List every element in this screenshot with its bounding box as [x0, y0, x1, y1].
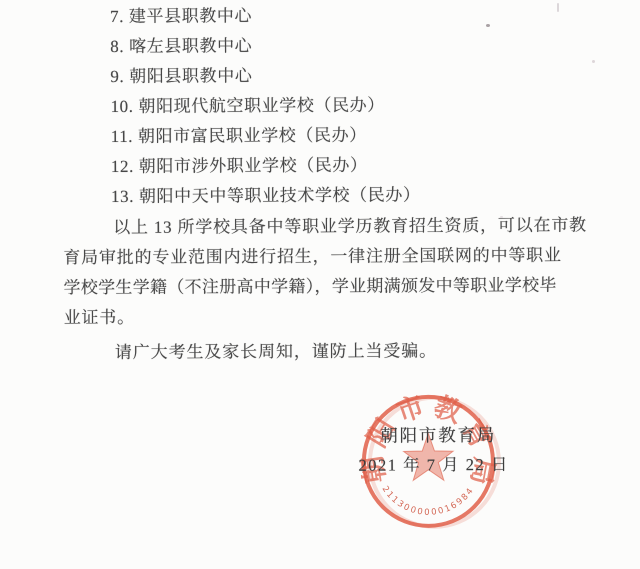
list-item: 9. 朝阳县职教中心 — [110, 60, 420, 92]
list-item: 8. 喀左县职教中心 — [110, 30, 420, 62]
scan-speck — [557, 3, 559, 12]
list-item: 13. 朝阳中天中等职业技术学校（民办） — [111, 180, 421, 212]
document-content: 7. 建平县职教中心 8. 喀左县职教中心 9. 朝阳县职教中心 10. 朝阳现… — [0, 0, 640, 569]
scan-speck — [592, 60, 595, 63]
paragraph-warning: 请广大考生及家长周知，谨防上当受骗。 — [115, 336, 437, 368]
signature-date: 2021 年 7 月 22 日 — [358, 451, 508, 476]
scanned-document-page: 7. 建平县职教中心 8. 喀左县职教中心 9. 朝阳县职教中心 10. 朝阳现… — [0, 0, 640, 569]
paragraph-line: 业证书。 — [64, 301, 588, 334]
list-item: 10. 朝阳现代航空职业学校（民办） — [110, 90, 420, 122]
paragraph-line: 育局审批的专业范围内进行招生，一律注册全国联网的中等职业 — [63, 241, 587, 274]
paragraph-line: 学校学生学籍（不注册高中学籍），学业期满颁发中等职业学校毕 — [63, 271, 587, 304]
signature-agency: 朝阳市教育局 — [380, 422, 496, 448]
paragraph-qualifications: 以上 13 所学校具备中等职业学历教育招生资质，可以在市教 育局审批的专业范围内… — [63, 211, 587, 334]
list-item: 11. 朝阳市富民职业学校（民办） — [111, 120, 421, 152]
paragraph-line: 以上 13 所学校具备中等职业学历教育招生资质，可以在市教 — [63, 211, 587, 244]
scan-speck — [486, 24, 490, 27]
list-item: 7. 建平县职教中心 — [110, 0, 420, 32]
scan-speck — [500, 216, 503, 218]
list-item: 12. 朝阳市涉外职业学校（民办） — [111, 150, 421, 182]
school-list: 7. 建平县职教中心 8. 喀左县职教中心 9. 朝阳县职教中心 10. 朝阳现… — [110, 0, 421, 212]
